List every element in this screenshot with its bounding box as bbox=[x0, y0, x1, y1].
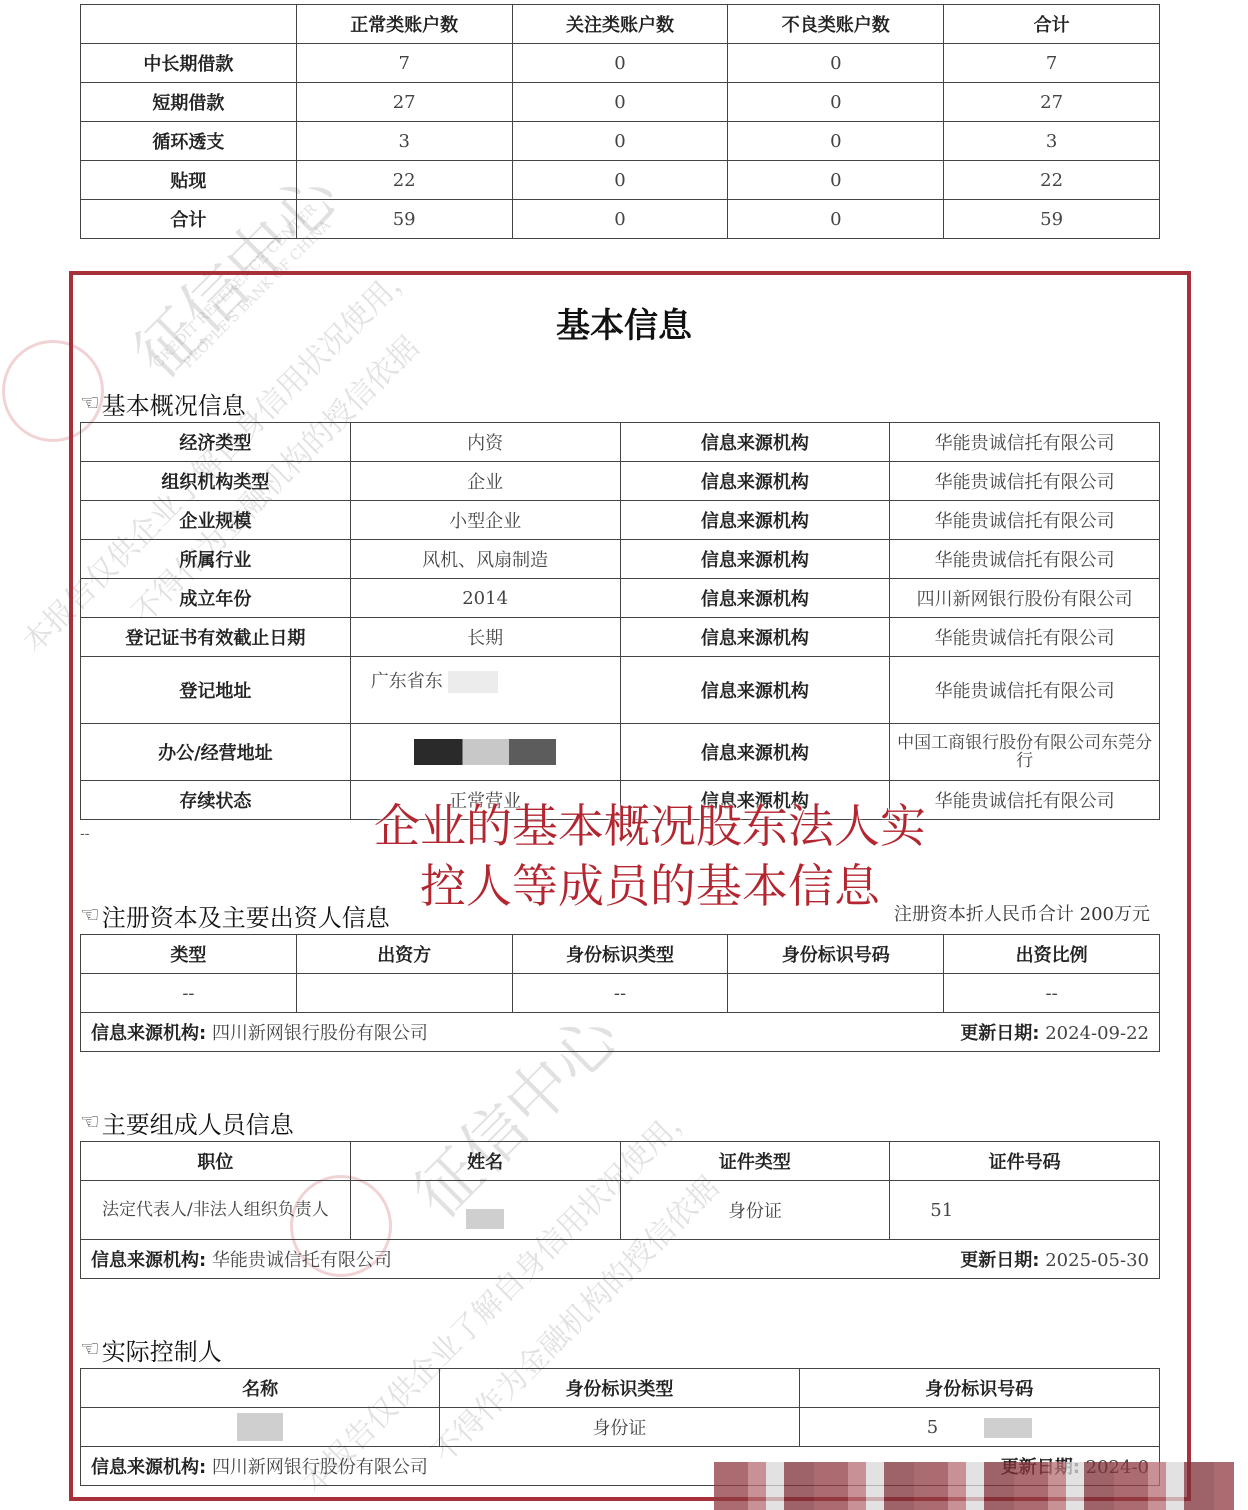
stats-row-label: 短期借款 bbox=[81, 83, 297, 122]
stats-total: 3 bbox=[944, 122, 1160, 161]
basic-src: 华能贵诚信托有限公司 bbox=[890, 423, 1160, 462]
members-date-group: 更新日期: 2025-05-30 bbox=[960, 1246, 1149, 1272]
basic-row: 企业规模 小型企业 信息来源机构 华能贵诚信托有限公司 bbox=[81, 501, 1160, 540]
overlay-caption-line-2: 控人等成员的基本信息 bbox=[340, 856, 960, 916]
stats-header-normal: 正常类账户数 bbox=[296, 5, 512, 44]
stats-attention: 0 bbox=[512, 200, 728, 239]
members-table: 职位 姓名 证件类型 证件号码 法定代表人/非法人组织负责人 身份证 51 信息… bbox=[80, 1141, 1160, 1279]
basic-label: 登记地址 bbox=[81, 657, 351, 724]
stats-row: 合计 59 0 0 59 bbox=[81, 200, 1160, 239]
capital-cell: -- bbox=[512, 974, 728, 1013]
stats-row-label: 合计 bbox=[81, 200, 297, 239]
basic-src: 华能贵诚信托有限公司 bbox=[890, 657, 1160, 724]
section-title-basic-text: 基本概况信息 bbox=[102, 386, 246, 421]
basic-src-label: 信息来源机构 bbox=[620, 540, 890, 579]
members-header: 证件号码 bbox=[890, 1142, 1160, 1181]
controller-header-row: 名称 身份标识类型 身份标识号码 bbox=[81, 1369, 1160, 1408]
stats-attention: 0 bbox=[512, 161, 728, 200]
capital-header: 出资方 bbox=[296, 935, 512, 974]
capital-cell: -- bbox=[944, 974, 1160, 1013]
registered-address-value: 广东省东 bbox=[350, 657, 620, 724]
controller-name-cell bbox=[81, 1408, 440, 1447]
capital-cell: -- bbox=[81, 974, 297, 1013]
capital-row: -- -- -- bbox=[81, 974, 1160, 1013]
basic-row: 办公/经营地址 信息来源机构 中国工商银行股份有限公司东莞分行 bbox=[81, 724, 1160, 781]
section-title-controller-text: 实际控制人 bbox=[102, 1332, 222, 1367]
basic-src: 华能贵诚信托有限公司 bbox=[890, 462, 1160, 501]
stats-attention: 0 bbox=[512, 83, 728, 122]
controller-id-cell: 5 bbox=[799, 1408, 1159, 1447]
capital-cell bbox=[296, 974, 512, 1013]
basic-src-label: 信息来源机构 bbox=[620, 724, 890, 781]
member-position: 法定代表人/非法人组织负责人 bbox=[81, 1181, 351, 1240]
capital-footer-row: 信息来源机构: 四川新网银行股份有限公司 更新日期: 2024-09-22 bbox=[81, 1013, 1160, 1052]
basic-src-label: 信息来源机构 bbox=[620, 423, 890, 462]
stats-normal: 22 bbox=[296, 161, 512, 200]
pointing-hand-icon: ☞ bbox=[80, 1110, 100, 1135]
stats-row: 贴现 22 0 0 22 bbox=[81, 161, 1160, 200]
basic-src-label: 信息来源机构 bbox=[620, 579, 890, 618]
basic-row: 所属行业 风机、风扇制造 信息来源机构 华能贵诚信托有限公司 bbox=[81, 540, 1160, 579]
basic-value: 小型企业 bbox=[350, 501, 620, 540]
basic-value: 2014 bbox=[350, 579, 620, 618]
basic-info-table: 经济类型 内资 信息来源机构 华能贵诚信托有限公司 组织机构类型 企业 信息来源… bbox=[80, 422, 1160, 820]
stats-bad: 0 bbox=[728, 161, 944, 200]
stats-bad: 0 bbox=[728, 44, 944, 83]
basic-src: 四川新网银行股份有限公司 bbox=[890, 579, 1160, 618]
capital-date: 2024-09-22 bbox=[1045, 1023, 1149, 1044]
basic-label: 存续状态 bbox=[81, 781, 351, 820]
capital-date-group: 更新日期: 2024-09-22 bbox=[960, 1019, 1149, 1045]
capital-header: 身份标识号码 bbox=[728, 935, 944, 974]
pointing-hand-icon: ☞ bbox=[80, 1337, 100, 1362]
capital-cell bbox=[728, 974, 944, 1013]
basic-label: 成立年份 bbox=[81, 579, 351, 618]
stats-normal: 27 bbox=[296, 83, 512, 122]
basic-label: 办公/经营地址 bbox=[81, 724, 351, 781]
member-id-type: 身份证 bbox=[620, 1181, 890, 1240]
section-title-basic: ☞ 基本概况信息 bbox=[80, 386, 246, 421]
redacted-office-address bbox=[414, 739, 556, 765]
stats-row: 中长期借款 7 0 0 7 bbox=[81, 44, 1160, 83]
stats-bad: 0 bbox=[728, 200, 944, 239]
basic-value: 内资 bbox=[350, 423, 620, 462]
stats-attention: 0 bbox=[512, 44, 728, 83]
basic-label: 所属行业 bbox=[81, 540, 351, 579]
basic-src: 中国工商银行股份有限公司东莞分行 bbox=[890, 724, 1160, 781]
basic-row: 组织机构类型 企业 信息来源机构 华能贵诚信托有限公司 bbox=[81, 462, 1160, 501]
pointing-hand-icon: ☞ bbox=[80, 391, 100, 416]
overlay-caption: 企业的基本概况股东法人实 控人等成员的基本信息 bbox=[340, 796, 960, 916]
redacted-address bbox=[448, 671, 498, 693]
basic-src-label: 信息来源机构 bbox=[620, 657, 890, 724]
members-header: 证件类型 bbox=[620, 1142, 890, 1181]
basic-value: 长期 bbox=[350, 618, 620, 657]
controller-source-label: 信息来源机构: bbox=[91, 1457, 206, 1478]
office-address-value bbox=[350, 724, 620, 781]
members-header-row: 职位 姓名 证件类型 证件号码 bbox=[81, 1142, 1160, 1181]
basic-label: 企业规模 bbox=[81, 501, 351, 540]
basic-value: 风机、风扇制造 bbox=[350, 540, 620, 579]
account-stats-table: 正常类账户数 关注类账户数 不良类账户数 合计 中长期借款 7 0 0 7 短期… bbox=[80, 4, 1160, 239]
capital-source: 四川新网银行股份有限公司 bbox=[212, 1023, 428, 1044]
redacted-controller-id bbox=[984, 1418, 1032, 1438]
basic-value: 企业 bbox=[350, 462, 620, 501]
basic-src: 华能贵诚信托有限公司 bbox=[890, 540, 1160, 579]
basic-row: 成立年份 2014 信息来源机构 四川新网银行股份有限公司 bbox=[81, 579, 1160, 618]
redacted-controller-name bbox=[237, 1413, 283, 1441]
controller-row: 身份证 5 bbox=[81, 1408, 1160, 1447]
basic-src: 华能贵诚信托有限公司 bbox=[890, 501, 1160, 540]
members-header: 职位 bbox=[81, 1142, 351, 1181]
members-date: 2025-05-30 bbox=[1045, 1250, 1149, 1271]
registered-address-text: 广东省东 bbox=[371, 671, 443, 692]
capital-header: 出资比例 bbox=[944, 935, 1160, 974]
stats-row-label: 循环透支 bbox=[81, 122, 297, 161]
capital-header-row: 类型 出资方 身份标识类型 身份标识号码 出资比例 bbox=[81, 935, 1160, 974]
stats-row-label: 中长期借款 bbox=[81, 44, 297, 83]
capital-source-label: 信息来源机构: bbox=[91, 1023, 206, 1044]
section-title-members-text: 主要组成人员信息 bbox=[102, 1105, 294, 1140]
capital-header: 类型 bbox=[81, 935, 297, 974]
member-id-no: 51 bbox=[890, 1181, 1160, 1240]
stats-header-bad: 不良类账户数 bbox=[728, 5, 944, 44]
stats-bad: 0 bbox=[728, 122, 944, 161]
stats-normal: 7 bbox=[296, 44, 512, 83]
page-title: 基本信息 bbox=[0, 298, 1248, 347]
members-footer: 信息来源机构: 华能贵诚信托有限公司 更新日期: 2025-05-30 bbox=[81, 1240, 1160, 1279]
stats-header-blank bbox=[81, 5, 297, 44]
stats-row: 循环透支 3 0 0 3 bbox=[81, 122, 1160, 161]
controller-source: 四川新网银行股份有限公司 bbox=[212, 1457, 428, 1478]
stats-header-row: 正常类账户数 关注类账户数 不良类账户数 合计 bbox=[81, 5, 1160, 44]
section-title-members: ☞ 主要组成人员信息 bbox=[80, 1105, 294, 1140]
capital-date-label: 更新日期: bbox=[960, 1023, 1039, 1044]
controller-header: 身份标识号码 bbox=[799, 1369, 1159, 1408]
stats-row: 短期借款 27 0 0 27 bbox=[81, 83, 1160, 122]
basic-label: 组织机构类型 bbox=[81, 462, 351, 501]
stats-header-attention: 关注类账户数 bbox=[512, 5, 728, 44]
stats-header-total: 合计 bbox=[944, 5, 1160, 44]
overlay-caption-line-1: 企业的基本概况股东法人实 bbox=[340, 796, 960, 856]
stats-row-label: 贴现 bbox=[81, 161, 297, 200]
stats-bad: 0 bbox=[728, 83, 944, 122]
members-date-label: 更新日期: bbox=[960, 1250, 1039, 1271]
stats-total: 22 bbox=[944, 161, 1160, 200]
members-footer-row: 信息来源机构: 华能贵诚信托有限公司 更新日期: 2025-05-30 bbox=[81, 1240, 1160, 1279]
section-title-controller: ☞ 实际控制人 bbox=[80, 1332, 222, 1367]
pixelated-obscured-area bbox=[714, 1462, 1234, 1510]
basic-label: 经济类型 bbox=[81, 423, 351, 462]
stats-total: 27 bbox=[944, 83, 1160, 122]
members-row: 法定代表人/非法人组织负责人 身份证 51 bbox=[81, 1181, 1160, 1240]
basic-src-label: 信息来源机构 bbox=[620, 501, 890, 540]
controller-id-no: 5 bbox=[927, 1417, 938, 1438]
basic-row: 登记地址 广东省东 信息来源机构 华能贵诚信托有限公司 bbox=[81, 657, 1160, 724]
basic-src: 华能贵诚信托有限公司 bbox=[890, 618, 1160, 657]
controller-header: 名称 bbox=[81, 1369, 440, 1408]
controller-header: 身份标识类型 bbox=[440, 1369, 799, 1408]
members-source-label: 信息来源机构: bbox=[91, 1250, 206, 1271]
controller-id-type: 身份证 bbox=[440, 1408, 799, 1447]
stats-attention: 0 bbox=[512, 122, 728, 161]
basic-row: 经济类型 内资 信息来源机构 华能贵诚信托有限公司 bbox=[81, 423, 1160, 462]
members-source: 华能贵诚信托有限公司 bbox=[212, 1250, 392, 1271]
stats-normal: 3 bbox=[296, 122, 512, 161]
basic-row: 登记证书有效截止日期 长期 信息来源机构 华能贵诚信托有限公司 bbox=[81, 618, 1160, 657]
member-name-cell bbox=[350, 1181, 620, 1240]
pointing-hand-icon: ☞ bbox=[80, 903, 100, 928]
capital-header: 身份标识类型 bbox=[512, 935, 728, 974]
stats-normal: 59 bbox=[296, 200, 512, 239]
basic-src-label: 信息来源机构 bbox=[620, 618, 890, 657]
capital-table: 类型 出资方 身份标识类型 身份标识号码 出资比例 -- -- -- 信息来源机… bbox=[80, 934, 1160, 1052]
basic-trailing-dashes: -- bbox=[80, 826, 89, 842]
basic-label: 登记证书有效截止日期 bbox=[81, 618, 351, 657]
redacted-member-name bbox=[466, 1209, 504, 1229]
basic-src-label: 信息来源机构 bbox=[620, 462, 890, 501]
members-header: 姓名 bbox=[350, 1142, 620, 1181]
stats-total: 59 bbox=[944, 200, 1160, 239]
stats-total: 7 bbox=[944, 44, 1160, 83]
capital-footer: 信息来源机构: 四川新网银行股份有限公司 更新日期: 2024-09-22 bbox=[81, 1013, 1160, 1052]
